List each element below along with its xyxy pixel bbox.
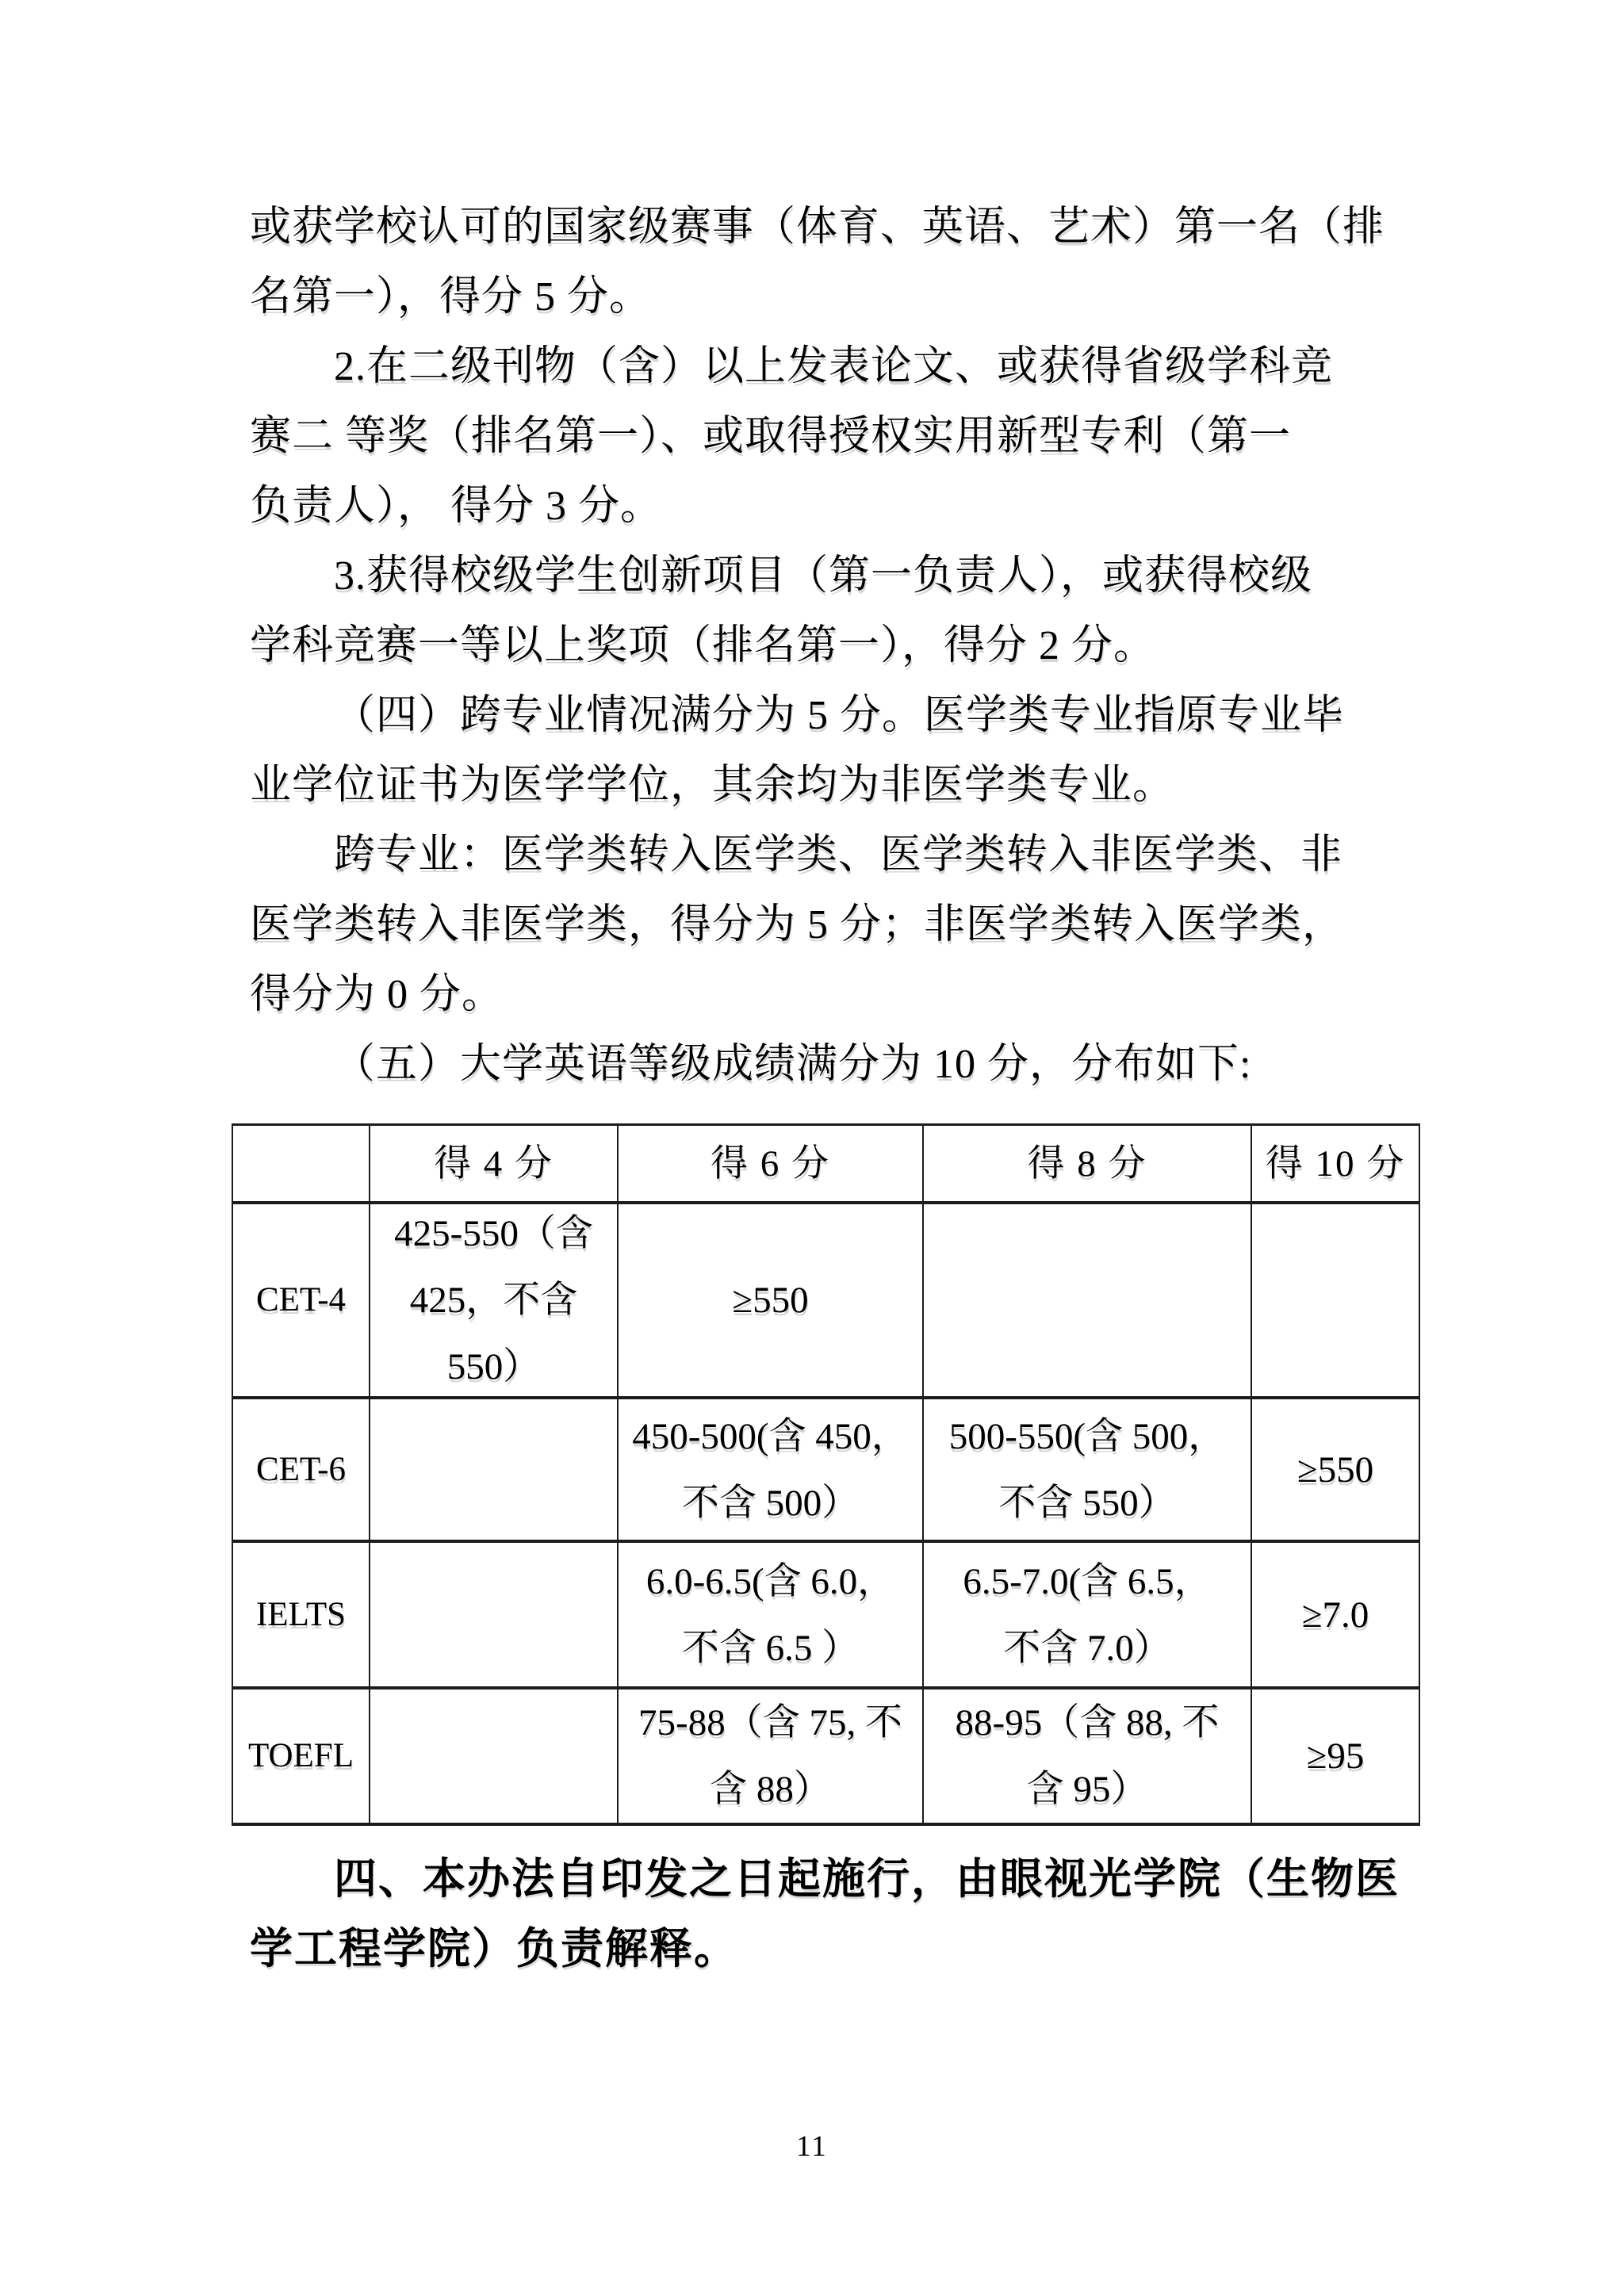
table-cell: ≥7.0 [1252,1543,1419,1689]
table-cell: ≥550 [1252,1399,1419,1543]
body-text: 或获学校认可的国家级赛事（体育、英语、艺术）第一名（排 名第一），得分 5 分。… [250,193,1384,1100]
document-page: 或获学校认可的国家级赛事（体育、英语、艺术）第一名（排 名第一），得分 5 分。… [0,0,1624,2296]
table-cell: ≥550 [619,1204,924,1399]
table-cell: 75-88（含 75, 不 含 88） [619,1689,924,1826]
closing-line: 学工程学院）负责解释。 [250,1914,1384,1984]
table-cell: 425-550（含 425，不含 550） [370,1204,619,1399]
table-row-label: CET-6 [233,1399,370,1543]
table-header-cell: 得 8 分 [924,1126,1252,1204]
body-line: 得分为 0 分。 [250,960,1384,1030]
table-cell: 6.5-7.0(含 6.5， 不含 7.0） [924,1543,1252,1689]
body-line: （四）跨专业情况满分为 5 分。医学类专业指原专业毕 [250,681,1384,751]
table-row-label: TOEFL [233,1689,370,1826]
table-cell [370,1689,619,1826]
closing-paragraph: 四、本办法自印发之日起施行，由眼视光学院（生物医 学工程学院）负责解释。 [250,1844,1384,1984]
body-line: 学科竞赛一等以上奖项（排名第一），得分 2 分。 [250,611,1384,681]
table-header-cell: 得 10 分 [1252,1126,1419,1204]
table-header-cell: 得 6 分 [619,1126,924,1204]
body-line: 跨专业：医学类转入医学类、医学类转入非医学类、非 [250,821,1384,890]
table-header-cell [233,1126,370,1204]
english-score-table: 得 4 分 得 6 分 得 8 分 得 10 分 CET-4 425-550（含… [232,1123,1420,1826]
body-line: 业学位证书为医学学位，其余均为非医学类专业。 [250,751,1384,821]
body-line: 2.在二级刊物（含）以上发表论文、或获得省级学科竞 [250,332,1384,402]
table-cell: 88-95（含 88, 不 含 95） [924,1689,1252,1826]
closing-line: 四、本办法自印发之日起施行，由眼视光学院（生物医 [250,1844,1384,1914]
body-line: 或获学校认可的国家级赛事（体育、英语、艺术）第一名（排 [250,193,1384,262]
body-line: 3.获得校级学生创新项目（第一负责人），或获得校级 [250,541,1384,611]
table-cell: 6.0-6.5(含 6.0， 不含 6.5 ） [619,1543,924,1689]
page-number: 11 [0,2130,1624,2164]
body-line: （五）大学英语等级成绩满分为 10 分，分布如下: [250,1030,1384,1100]
table-cell [924,1204,1252,1399]
table-cell [370,1399,619,1543]
table-cell: 450-500(含 450， 不含 500） [619,1399,924,1543]
table-cell [1252,1204,1419,1399]
table-header-cell: 得 4 分 [370,1126,619,1204]
body-line: 负责人）， 得分 3 分。 [250,472,1384,541]
table-row-label: IELTS [233,1543,370,1689]
body-line: 名第一），得分 5 分。 [250,262,1384,332]
table-cell [370,1543,619,1689]
body-line: 赛二 等奖（排名第一）、或取得授权实用新型专利（第一 [250,402,1384,472]
table-cell: ≥95 [1252,1689,1419,1826]
table-row-label: CET-4 [233,1204,370,1399]
table-cell: 500-550(含 500， 不含 550） [924,1399,1252,1543]
body-line: 医学类转入非医学类，得分为 5 分；非医学类转入医学类， [250,890,1384,960]
